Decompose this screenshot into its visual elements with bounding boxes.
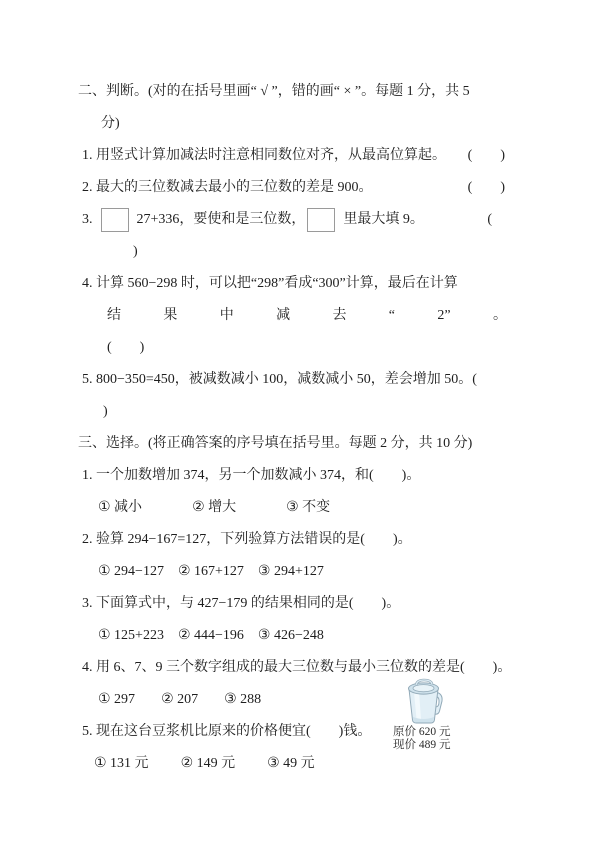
justified-char: 果: [163, 300, 177, 332]
option-item: ③ 49 元: [267, 748, 315, 780]
option-item: ③ 426−248: [258, 620, 324, 652]
judge-q1: 1. 用竖式计算加减法时注意相同数位对齐，从最高位算起。 ( ): [78, 140, 518, 172]
blank-box: [101, 208, 129, 232]
judge-q4-answer-blank: ( ): [78, 332, 518, 364]
judge-q3-answer-blank-close: ): [78, 236, 518, 268]
choice-q3-options: ① 125+223② 444−196③ 426−248: [78, 620, 518, 652]
choice-q2-text: 2. 验算 294−167=127，下列验算方法错误的是( )。: [78, 524, 518, 556]
judge-q4-line1: 4. 计算 560−298 时，可以把“298”看成“300”计算，最后在计算: [78, 268, 518, 300]
justified-char: 去: [332, 300, 346, 332]
judge-q2: 2. 最大的三位数减去最小的三位数的差是 900。 ( ): [78, 172, 518, 204]
option-item: ① 294−127: [98, 556, 164, 588]
option-item: ① 131 元: [94, 748, 149, 780]
option-item: ① 125+223: [98, 620, 164, 652]
judge-q5-line1: 5. 800−350=450，被减数减小 100，减数减小 50，差会增加 50…: [78, 364, 518, 396]
choice-q3-text: 3. 下面算式中，与 427−179 的结果相同的是( )。: [78, 588, 518, 620]
choice-q2-options: ① 294−127② 167+127③ 294+127: [78, 556, 518, 588]
judge-q2-answer-blank: ( ): [468, 172, 505, 204]
choice-section-heading: 三、选择。(将正确答案的序号填在括号里。每题 2 分，共 10 分): [78, 428, 518, 460]
judge-q3-line1: 3. 27+336，要使和是三位数， 里最大填 9。 (: [78, 204, 518, 236]
option-item: ① 减小: [98, 492, 142, 524]
option-item: ③ 288: [224, 684, 261, 716]
choice-q5-text: 5. 现在这台豆浆机比原来的价格便宜( )钱。: [78, 716, 518, 748]
judge-section-heading-line2: 分): [78, 108, 518, 140]
judge-q5-answer-blank-close: ): [78, 396, 518, 428]
choice-q1-options: ① 减小② 增大③ 不变: [78, 492, 518, 524]
justified-char: 结: [107, 300, 121, 332]
choice-q5-options: ① 131 元② 149 元③ 49 元: [78, 748, 518, 780]
judge-q3-number: 3.: [82, 204, 93, 236]
judge-section-heading-line1: 二、判断。(对的在括号里画“ √ ”，错的画“ × ”。每题 1 分，共 5: [78, 76, 518, 108]
choice-q1-text: 1. 一个加数增加 374，另一个加数减小 374，和( )。: [78, 460, 518, 492]
blank-box: [307, 208, 335, 232]
option-item: ② 207: [161, 684, 198, 716]
choice-q4-text: 4. 用 6、7、9 三个数字组成的最大三位数与最小三位数的差是( )。: [78, 652, 518, 684]
justified-char: 减: [276, 300, 290, 332]
option-item: ② 149 元: [181, 748, 236, 780]
judge-q1-text: 1. 用竖式计算加减法时注意相同数位对齐，从最高位算起。: [82, 140, 446, 172]
option-item: ② 167+127: [178, 556, 244, 588]
judge-q3-text2: 里最大填 9。: [343, 204, 424, 236]
soymilk-maker-image: [402, 676, 446, 733]
judge-q3-answer-blank-open: (: [487, 204, 492, 236]
judge-q3-text1: 27+336，要使和是三位数，: [137, 204, 306, 236]
option-item: ③ 294+127: [258, 556, 324, 588]
worksheet-page: 二、判断。(对的在括号里画“ √ ”，错的画“ × ”。每题 1 分，共 5 分…: [0, 0, 596, 842]
option-item: ② 增大: [192, 492, 236, 524]
option-item: ① 297: [98, 684, 135, 716]
justified-char: 2”: [437, 300, 450, 332]
justified-char: “: [389, 300, 395, 332]
product-price-labels: 原价 620 元 现价 489 元: [393, 726, 451, 752]
choice-q4-options: ① 297② 207③ 288: [78, 684, 518, 716]
justified-char: 。: [493, 300, 507, 332]
worksheet-content: 二、判断。(对的在括号里画“ √ ”，错的画“ × ”。每题 1 分，共 5 分…: [78, 76, 518, 780]
option-item: ③ 不变: [286, 492, 330, 524]
judge-q1-answer-blank: ( ): [468, 140, 505, 172]
justified-char: 中: [220, 300, 234, 332]
option-item: ② 444−196: [178, 620, 244, 652]
price-current-label: 现价 489 元: [393, 739, 451, 752]
price-original-label: 原价 620 元: [393, 726, 451, 739]
judge-q2-text: 2. 最大的三位数减去最小的三位数的差是 900。: [82, 172, 373, 204]
judge-q4-line2-justified: 结果中减去“2”。: [107, 300, 507, 332]
